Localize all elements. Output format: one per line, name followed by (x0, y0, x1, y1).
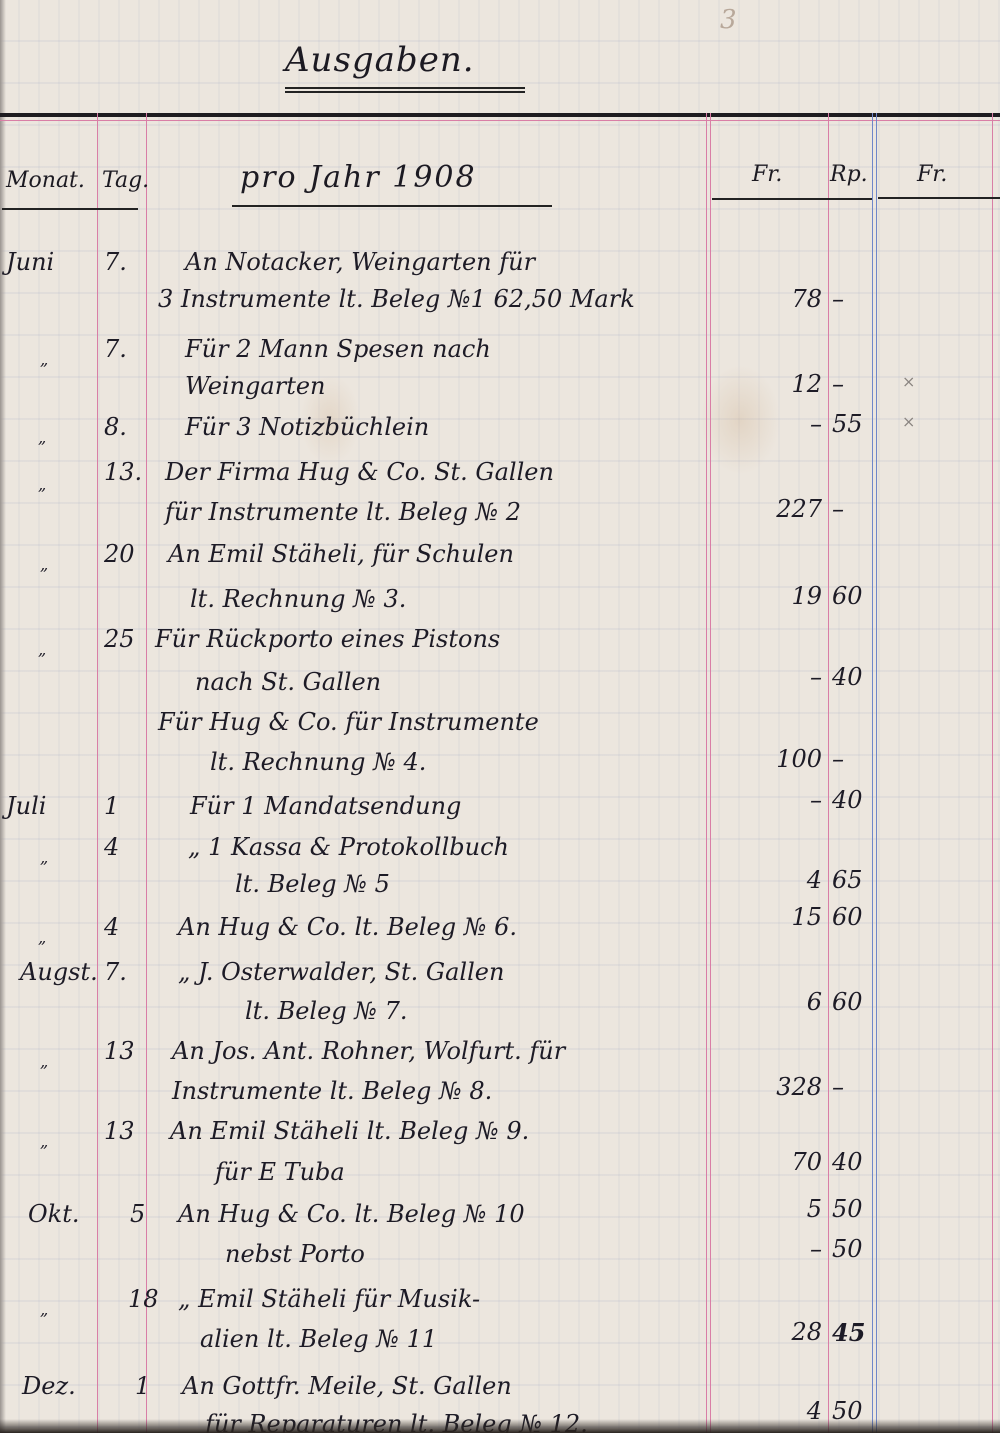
entry-month: Augst. (20, 958, 110, 986)
entry-amount-rp: 55 (832, 410, 882, 438)
entry-desc-line: An Hug & Co. lt. Beleg № 6. (178, 913, 517, 941)
entry-desc-line: An Notacker, Weingarten für (185, 248, 535, 276)
entry-desc-line: für E Tuba (215, 1158, 345, 1186)
entry-amount-rp: 40 (832, 1148, 882, 1176)
entry-desc-line: Instrumente lt. Beleg № 8. (172, 1077, 492, 1105)
entry-amount-rp: – (832, 285, 882, 313)
entry-amount-fr: 100 (742, 745, 822, 773)
header-amount-underline (712, 198, 872, 200)
entry-desc-line: „ J. Osterwalder, St. Gallen (178, 958, 504, 986)
header-month-underline (2, 208, 138, 210)
entry-amount-rp: 40 (832, 663, 882, 691)
entry-amount-rp: 40 (832, 786, 882, 814)
entry-day: 20 (104, 540, 144, 568)
entry-amount-fr: – (742, 663, 822, 691)
pencil-check-mark: × (902, 372, 915, 391)
entry-desc-line: An Hug & Co. lt. Beleg № 10 (178, 1200, 525, 1228)
entry-day: 13. (104, 458, 144, 486)
entry-amount-fr: 227 (742, 495, 822, 523)
entry-desc-line: lt. Beleg № 5 (235, 870, 390, 898)
title-underline-2 (285, 91, 525, 93)
pencil-page-number: 3 (720, 5, 737, 35)
entry-amount-rp: – (832, 370, 882, 398)
entry-desc-line: Der Firma Hug & Co. St. Gallen (165, 458, 554, 486)
entry-desc-line: für Instrumente lt. Beleg № 2 (165, 498, 521, 526)
entry-amount-rp: – (832, 745, 882, 773)
header-description-underline (232, 205, 552, 207)
entry-desc-line: nach St. Gallen (195, 668, 381, 696)
entry-amount-rp: 60 (832, 903, 882, 931)
header-fr: Fr. (752, 162, 782, 187)
entry-month: Dez. (22, 1372, 112, 1400)
entry-desc-line: lt. Rechnung № 3. (190, 585, 406, 613)
header-rp: Rp. (830, 162, 868, 187)
entry-desc-line: 3 Instrumente lt. Beleg №1 62,50 Mark (158, 285, 635, 313)
entry-month-ditto: „ (40, 1300, 130, 1319)
header-description: pro Jahr 1908 (240, 160, 477, 195)
entry-desc-line: Für Hug & Co. für Instrumente (158, 708, 539, 736)
entry-desc-line: An Emil Stäheli, für Schulen (168, 540, 514, 568)
entry-desc-line: An Gottfr. Meile, St. Gallen (182, 1372, 512, 1400)
pencil-check-mark: × (902, 412, 915, 431)
entry-amount-rp: – (832, 495, 882, 523)
header-fr2: Fr. (917, 162, 947, 187)
entry-amount-fr: 5 (742, 1195, 822, 1223)
entry-day: 1 (135, 1372, 175, 1400)
entry-amount-rp-porto: 50 (832, 1235, 882, 1263)
ledger-page: 3 Ausgaben. Monat. Tag. pro Jahr 1908 Fr… (0, 0, 1000, 1433)
entry-amount-fr: 328 (742, 1073, 822, 1101)
entry-amount-rp: 50 (832, 1195, 882, 1223)
rule-day-desc (146, 113, 147, 1433)
header-day: Tag. (102, 168, 149, 193)
entry-day: 7. (104, 958, 144, 986)
entry-desc-line: Für 1 Mandatsendung (190, 792, 461, 820)
entry-amount-rp: 65 (832, 866, 882, 894)
entry-desc-line: „ Emil Stäheli für Musik- (178, 1285, 480, 1313)
header-month: Monat. (6, 168, 85, 193)
entry-desc-line: Für Rückporto eines Pistons (155, 625, 500, 653)
entry-amount-rp: 60 (832, 582, 882, 610)
entry-month: Okt. (28, 1200, 118, 1228)
entry-day: 13 (104, 1117, 144, 1145)
entry-amount-rp: 60 (832, 988, 882, 1016)
entry-day: 5 (130, 1200, 170, 1228)
rule-month-day (97, 113, 98, 1433)
entry-day: 7. (104, 335, 144, 363)
entry-amount-fr: 70 (742, 1148, 822, 1176)
entry-day: 4 (104, 913, 144, 941)
entry-amount-fr: 28 (742, 1318, 822, 1346)
rule-right (992, 113, 993, 1433)
entry-amount-fr: 4 (742, 866, 822, 894)
page-bottom-shadow (0, 1419, 1000, 1433)
entry-amount-rp-corrected: 45 (832, 1318, 882, 1347)
entry-amount-fr: 6 (742, 988, 822, 1016)
entry-desc-line: Weingarten (185, 372, 326, 400)
entry-day: 13 (104, 1037, 144, 1065)
entry-desc-line: lt. Beleg № 7. (245, 997, 408, 1025)
entry-amount-rp: – (832, 1073, 882, 1101)
entry-day: 7. (104, 248, 144, 276)
rule-desc-fr-a (706, 113, 707, 1433)
page-edge-shadow (0, 0, 6, 1433)
rule-fr-rp (828, 113, 829, 1433)
entry-desc-line: „ 1 Kassa & Protokollbuch (188, 833, 509, 861)
header-top-rule (0, 113, 1000, 117)
entry-desc-line: alien lt. Beleg № 11 (200, 1325, 437, 1353)
entry-desc-line: An Emil Stäheli lt. Beleg № 9. (170, 1117, 529, 1145)
rule-desc-fr-b (710, 113, 711, 1433)
title-underline (285, 87, 525, 89)
entry-amount-fr: 78 (742, 285, 822, 313)
entry-amount-fr-porto: – (742, 1235, 822, 1263)
entry-day: 18 (128, 1285, 168, 1313)
entry-month: Juli (6, 792, 96, 820)
entry-desc-line: nebst Porto (225, 1240, 365, 1268)
entry-day: 4 (104, 833, 144, 861)
entry-day: 8. (104, 413, 144, 441)
header-fr2-underline (878, 197, 1000, 199)
entry-desc-line: Für 3 Notizbüchlein (185, 413, 429, 441)
entry-amount-fr: 19 (742, 582, 822, 610)
entry-amount-fr: 12 (742, 370, 822, 398)
entry-day: 25 (104, 625, 144, 653)
entry-desc-line: An Jos. Ant. Rohner, Wolfurt. für (172, 1037, 565, 1065)
entry-amount-fr: – (742, 786, 822, 814)
entry-amount-fr: 15 (742, 903, 822, 931)
entry-desc-line: Für 2 Mann Spesen nach (185, 335, 491, 363)
entry-month: Juni (6, 248, 96, 276)
page-title: Ausgaben. (285, 40, 475, 80)
entry-desc-line: lt. Rechnung № 4. (210, 748, 426, 776)
entry-day: 1 (104, 792, 144, 820)
entry-amount-fr: – (742, 410, 822, 438)
header-pink-rule (0, 120, 1000, 121)
